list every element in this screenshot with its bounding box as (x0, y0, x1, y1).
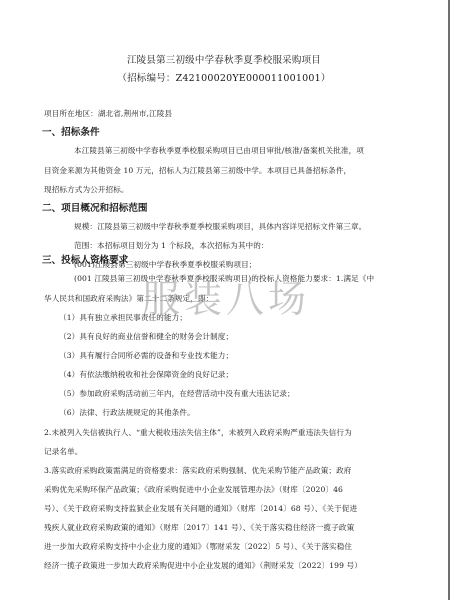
document-page: 江陵县第三初级中学春秋季夏季校服采购项目 （招标编号：Z42100020YE00… (0, 0, 448, 600)
paragraph-line: 现招标方式为公开招标。 (44, 184, 129, 195)
paragraph-line: 2.未被列入失信被执行人、“重大税收违法失信主体”，未被列入政府采购严重违法失信… (44, 427, 352, 438)
list-item: （1）具有独立承担民事责任的能力； (59, 312, 187, 323)
paragraph-line: 号）、《关于政府采购支持监狱企业发展有关问题的通知》（财库〔2014〕68 号）… (44, 503, 357, 514)
paragraph-line: 规模：江陵县第三初级中学春秋季夏季校服采购项目，具体内容详见招标文件第三章。 (74, 221, 366, 232)
section-heading-1: 一、招标条件 (42, 124, 100, 138)
tender-number: （招标编号：Z42100020YE000011001001） (0, 70, 448, 84)
section-heading-2: 二、项目概况和招标范围 (42, 200, 148, 214)
list-item: （6）法律、行政法规规定的其他条件。 (59, 407, 195, 418)
project-region: 项目所在地区：湖北省,荆州市,江陵县 (44, 108, 172, 119)
paragraph-line: 范围：本招标项目划分为 1 个标段，本次招标为其中的： (74, 240, 269, 251)
document-title: 江陵县第三初级中学春秋季夏季校服采购项目 (0, 52, 448, 66)
paragraph-line: 3.落实政府采购政策需满足的资格要求：落实政府采购强制、优先采购节能产品政策；政… (44, 465, 352, 476)
section-heading-3: 三、投标人资格要求 (42, 252, 128, 266)
paragraph-line: 进一步加大政府采购支持中小企业力度的通知》（鄂财采发〔2022〕5 号）、《关于… (44, 541, 352, 552)
paragraph-line: 本江陵县第三初级中学春秋季夏季校服采购项目已由项目审批/核准/备案机关批准，项 (74, 145, 364, 156)
paragraph-line: 目资金来源为其他资金 10 万元，招标人为江陵县第三初级中学。本项目已具备招标条… (44, 165, 351, 176)
list-item: （3）具有履行合同所必需的设备和专业技术能力； (59, 350, 233, 361)
paragraph-line: (001 江陵县第三初级中学春秋季夏季校服采购项目)的投标人资格能力要求：1.满… (74, 273, 374, 284)
paragraph-line: 华人民共和国政府采购法》第二十二条规定，即： (44, 293, 213, 304)
paragraph-line: 记录名单。 (44, 446, 82, 457)
paragraph-line: 采购优先采购环保产品政策；《政府采购促进中小企业发展管理办法》（财库〔2020〕… (44, 484, 343, 495)
list-item: （5）参加政府采购活动前三年内，在经营活动中没有重大违法记录； (59, 388, 295, 399)
paragraph-line: 经济一揽子政策进一步加大政府采购促进中小企业发展的通知》（荆财采发〔2022〕1… (44, 560, 362, 571)
paragraph-line: 残疾人就业政府采购政策的通知》（财库〔2017〕141 号）、《关于落实稳住经济… (44, 522, 354, 533)
list-item: （2）具有良好的商业信誉和健全的财务会计制度； (59, 331, 233, 342)
list-item: （4）有依法缴纳税收和社会保障资金的良好记录； (59, 369, 233, 380)
